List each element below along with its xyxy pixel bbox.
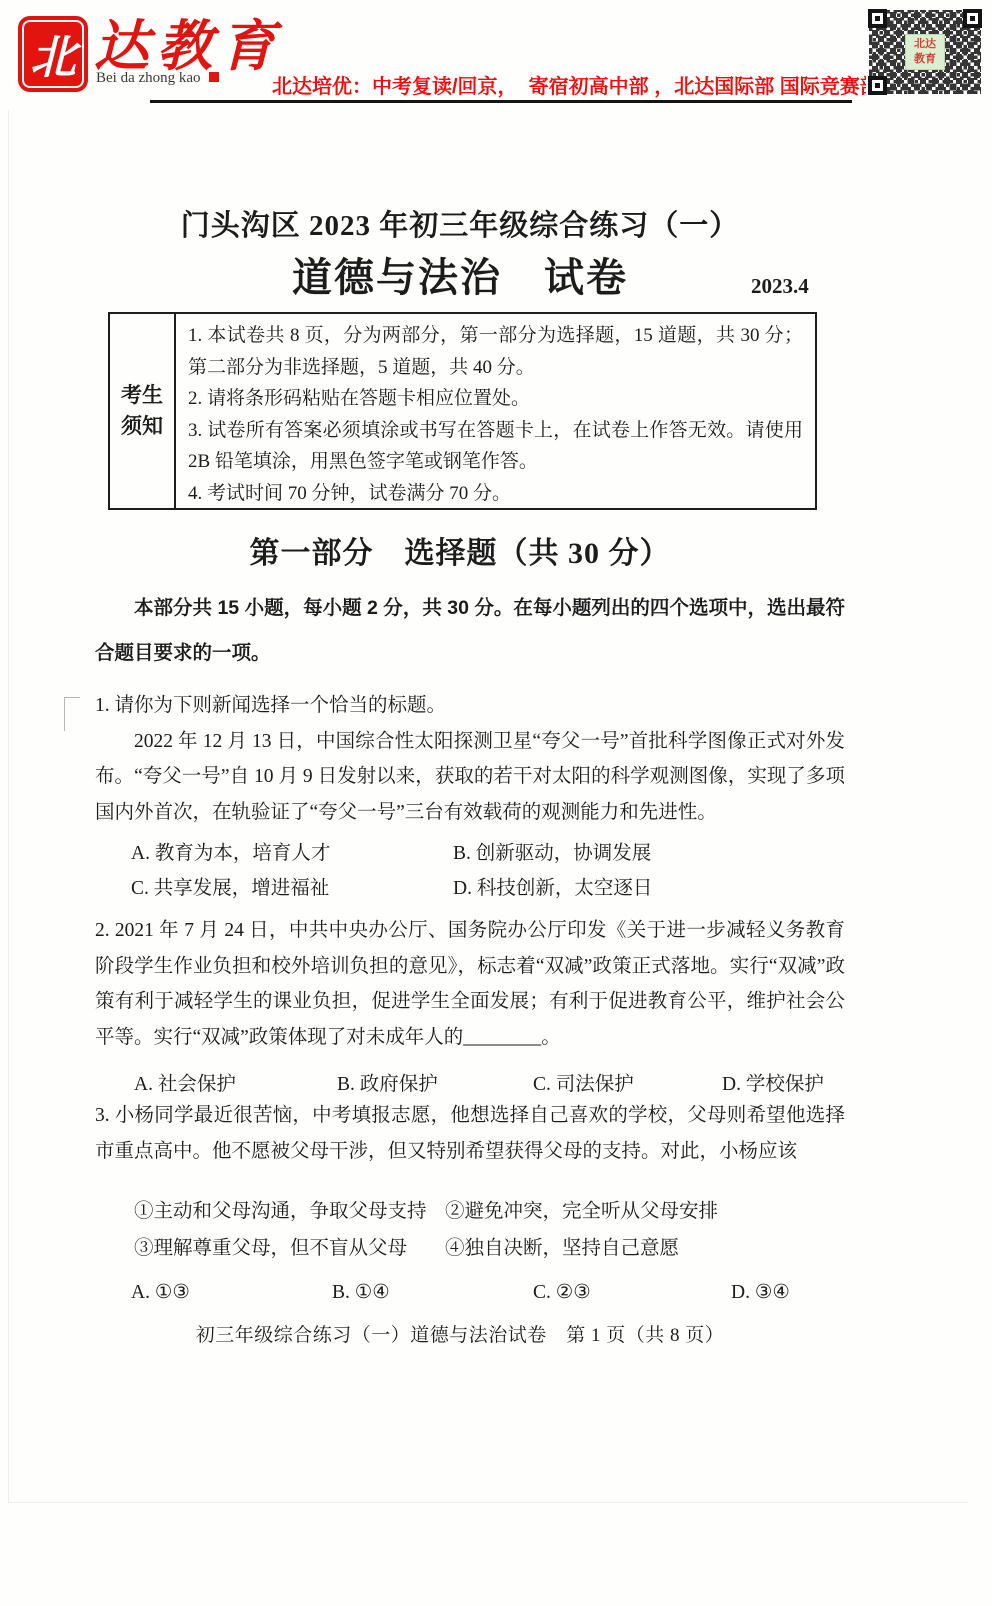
question-2-options: A. 社会保护B. 政府保护C. 司法保护D. 学校保护 <box>95 1067 845 1102</box>
question-1-stem: 1. 请你为下则新闻选择一个恰当的标题。 <box>95 688 845 724</box>
qr-center-label: 北达 教育 <box>905 34 945 70</box>
section1-intro: 本部分共 15 小题，每小题 2 分，共 30 分。在每小题列出的四个选项中，选… <box>95 586 845 676</box>
header-divider <box>150 100 852 103</box>
brand-subtitle: Bei da zhong kao <box>96 70 219 87</box>
option-a: A. ①③ <box>131 1275 332 1310</box>
option-a: A. 教育为本，培育人才 <box>131 836 453 871</box>
option-b: B. ①④ <box>332 1275 533 1310</box>
statement-4: ④独自决断，坚持自己意愿 <box>445 1238 679 1259</box>
statement-2: ②避免冲突，完全听从父母安排 <box>445 1201 718 1222</box>
scan-edge <box>8 1502 968 1503</box>
exam-date: 2023.4 <box>751 274 809 299</box>
option-c: C. 共享发展，增进福祉 <box>131 871 453 906</box>
notice-label-line1: 考生 <box>121 380 163 411</box>
option-b: B. 政府保护 <box>337 1067 533 1102</box>
option-d: D. ③④ <box>731 1282 790 1303</box>
question-2: 2. 2021 年 7 月 24 日，中共中央办公厅、国务院办公厅印发《关于进一… <box>95 913 845 1102</box>
statement-row: ③理解尊重父母，但不盲从父母④独自决断，坚持自己意愿 <box>95 1230 845 1267</box>
beida-seal-logo-icon: 北 <box>22 20 84 88</box>
scan-crop-mark <box>64 697 80 731</box>
notice-label-line2: 须知 <box>121 411 163 442</box>
statement-1: ①主动和父母沟通，争取父母支持 <box>134 1193 445 1230</box>
qr-finder-top-right <box>963 9 982 28</box>
option-d: D. 科技创新，太空逐日 <box>453 878 652 899</box>
qr-finder-bottom-left <box>868 76 887 95</box>
section1-heading: 第一部分 选择题（共 30 分） <box>20 528 900 572</box>
statement-row: ①主动和父母沟通，争取父母支持②避免冲突，完全听从父母安排 <box>95 1193 845 1230</box>
question-1-passage: 2022 年 12 月 13 日，中国综合性太阳探测卫星“夸父一号”首批科学图像… <box>95 724 845 831</box>
seal-character: 北 <box>30 21 76 87</box>
option-c: C. ②③ <box>533 1275 731 1310</box>
question-3: 3. 小杨同学最近很苦恼，中考填报志愿，他想选择自己喜欢的学校，父母则希望他选择… <box>95 1098 845 1310</box>
option-d: D. 学校保护 <box>722 1074 824 1095</box>
red-square-icon <box>209 72 219 82</box>
notice-item: 1. 本试卷共 8 页，分为两部分，第一部分为选择题，15 道题，共 30 分；… <box>188 320 803 383</box>
notice-item: 2. 请将条形码粘贴在答题卡相应位置处。 <box>188 383 803 415</box>
candidate-notice-box: 考生 须知 1. 本试卷共 8 页，分为两部分，第一部分为选择题，15 道题，共… <box>108 312 817 510</box>
notice-items: 1. 本试卷共 8 页，分为两部分，第一部分为选择题，15 道题，共 30 分；… <box>176 314 815 508</box>
notice-label: 考生 须知 <box>110 314 176 508</box>
option-row: C. 共享发展，增进福祉D. 科技创新，太空逐日 <box>95 871 845 906</box>
exam-scan-page: 北 达教育 Bei da zhong kao 北达培优：中考复读/回京， 寄宿初… <box>0 0 992 1606</box>
scan-edge <box>8 110 9 1502</box>
brand-subtitle-text: Bei da zhong kao <box>96 70 201 86</box>
qr-code: 北达 教育 <box>866 8 984 96</box>
question-1: 1. 请你为下则新闻选择一个恰当的标题。 2022 年 12 月 13 日，中国… <box>95 688 845 906</box>
qr-label-line1: 北达 <box>906 37 944 52</box>
question-2-stem: 2. 2021 年 7 月 24 日，中共中央办公厅、国务院办公厅印发《关于进一… <box>95 913 845 1055</box>
qr-finder-top-left <box>868 9 887 28</box>
option-row: A. 教育为本，培育人才B. 创新驱动，协调发展 <box>95 836 845 871</box>
question-3-statements: ①主动和父母沟通，争取父母支持②避免冲突，完全听从父母安排 ③理解尊重父母，但不… <box>95 1193 845 1267</box>
page-footer: 初三年级综合练习（一）道德与法治试卷 第 1 页（共 8 页） <box>20 1320 900 1347</box>
question-1-options: A. 教育为本，培育人才B. 创新驱动，协调发展 C. 共享发展，增进福祉D. … <box>95 836 845 906</box>
exam-title-line1: 门头沟区 2023 年初三年级综合练习（一） <box>20 203 900 244</box>
question-3-stem: 3. 小杨同学最近很苦恼，中考填报志愿，他想选择自己喜欢的学校，父母则希望他选择… <box>95 1098 845 1169</box>
section1-intro-text: 本部分共 15 小题，每小题 2 分，共 30 分。在每小题列出的四个选项中，选… <box>95 586 845 676</box>
header-slogan: 北达培优：中考复读/回京， 寄宿初高中部 ，北达国际部 国际竞赛部 <box>272 70 832 99</box>
option-c: C. 司法保护 <box>533 1067 722 1102</box>
question-3-options: A. ①③B. ①④C. ②③D. ③④ <box>95 1275 845 1310</box>
qr-label-line2: 教育 <box>906 52 944 67</box>
option-a: A. 社会保护 <box>134 1067 337 1102</box>
notice-item: 4. 考试时间 70 分钟，试卷满分 70 分。 <box>188 478 803 510</box>
statement-3: ③理解尊重父母，但不盲从父母 <box>134 1230 445 1267</box>
option-b: B. 创新驱动，协调发展 <box>453 843 651 864</box>
notice-item: 3. 试卷所有答案必须填涂或书写在答题卡上，在试卷上作答无效。请使用 2B 铅笔… <box>188 415 803 478</box>
